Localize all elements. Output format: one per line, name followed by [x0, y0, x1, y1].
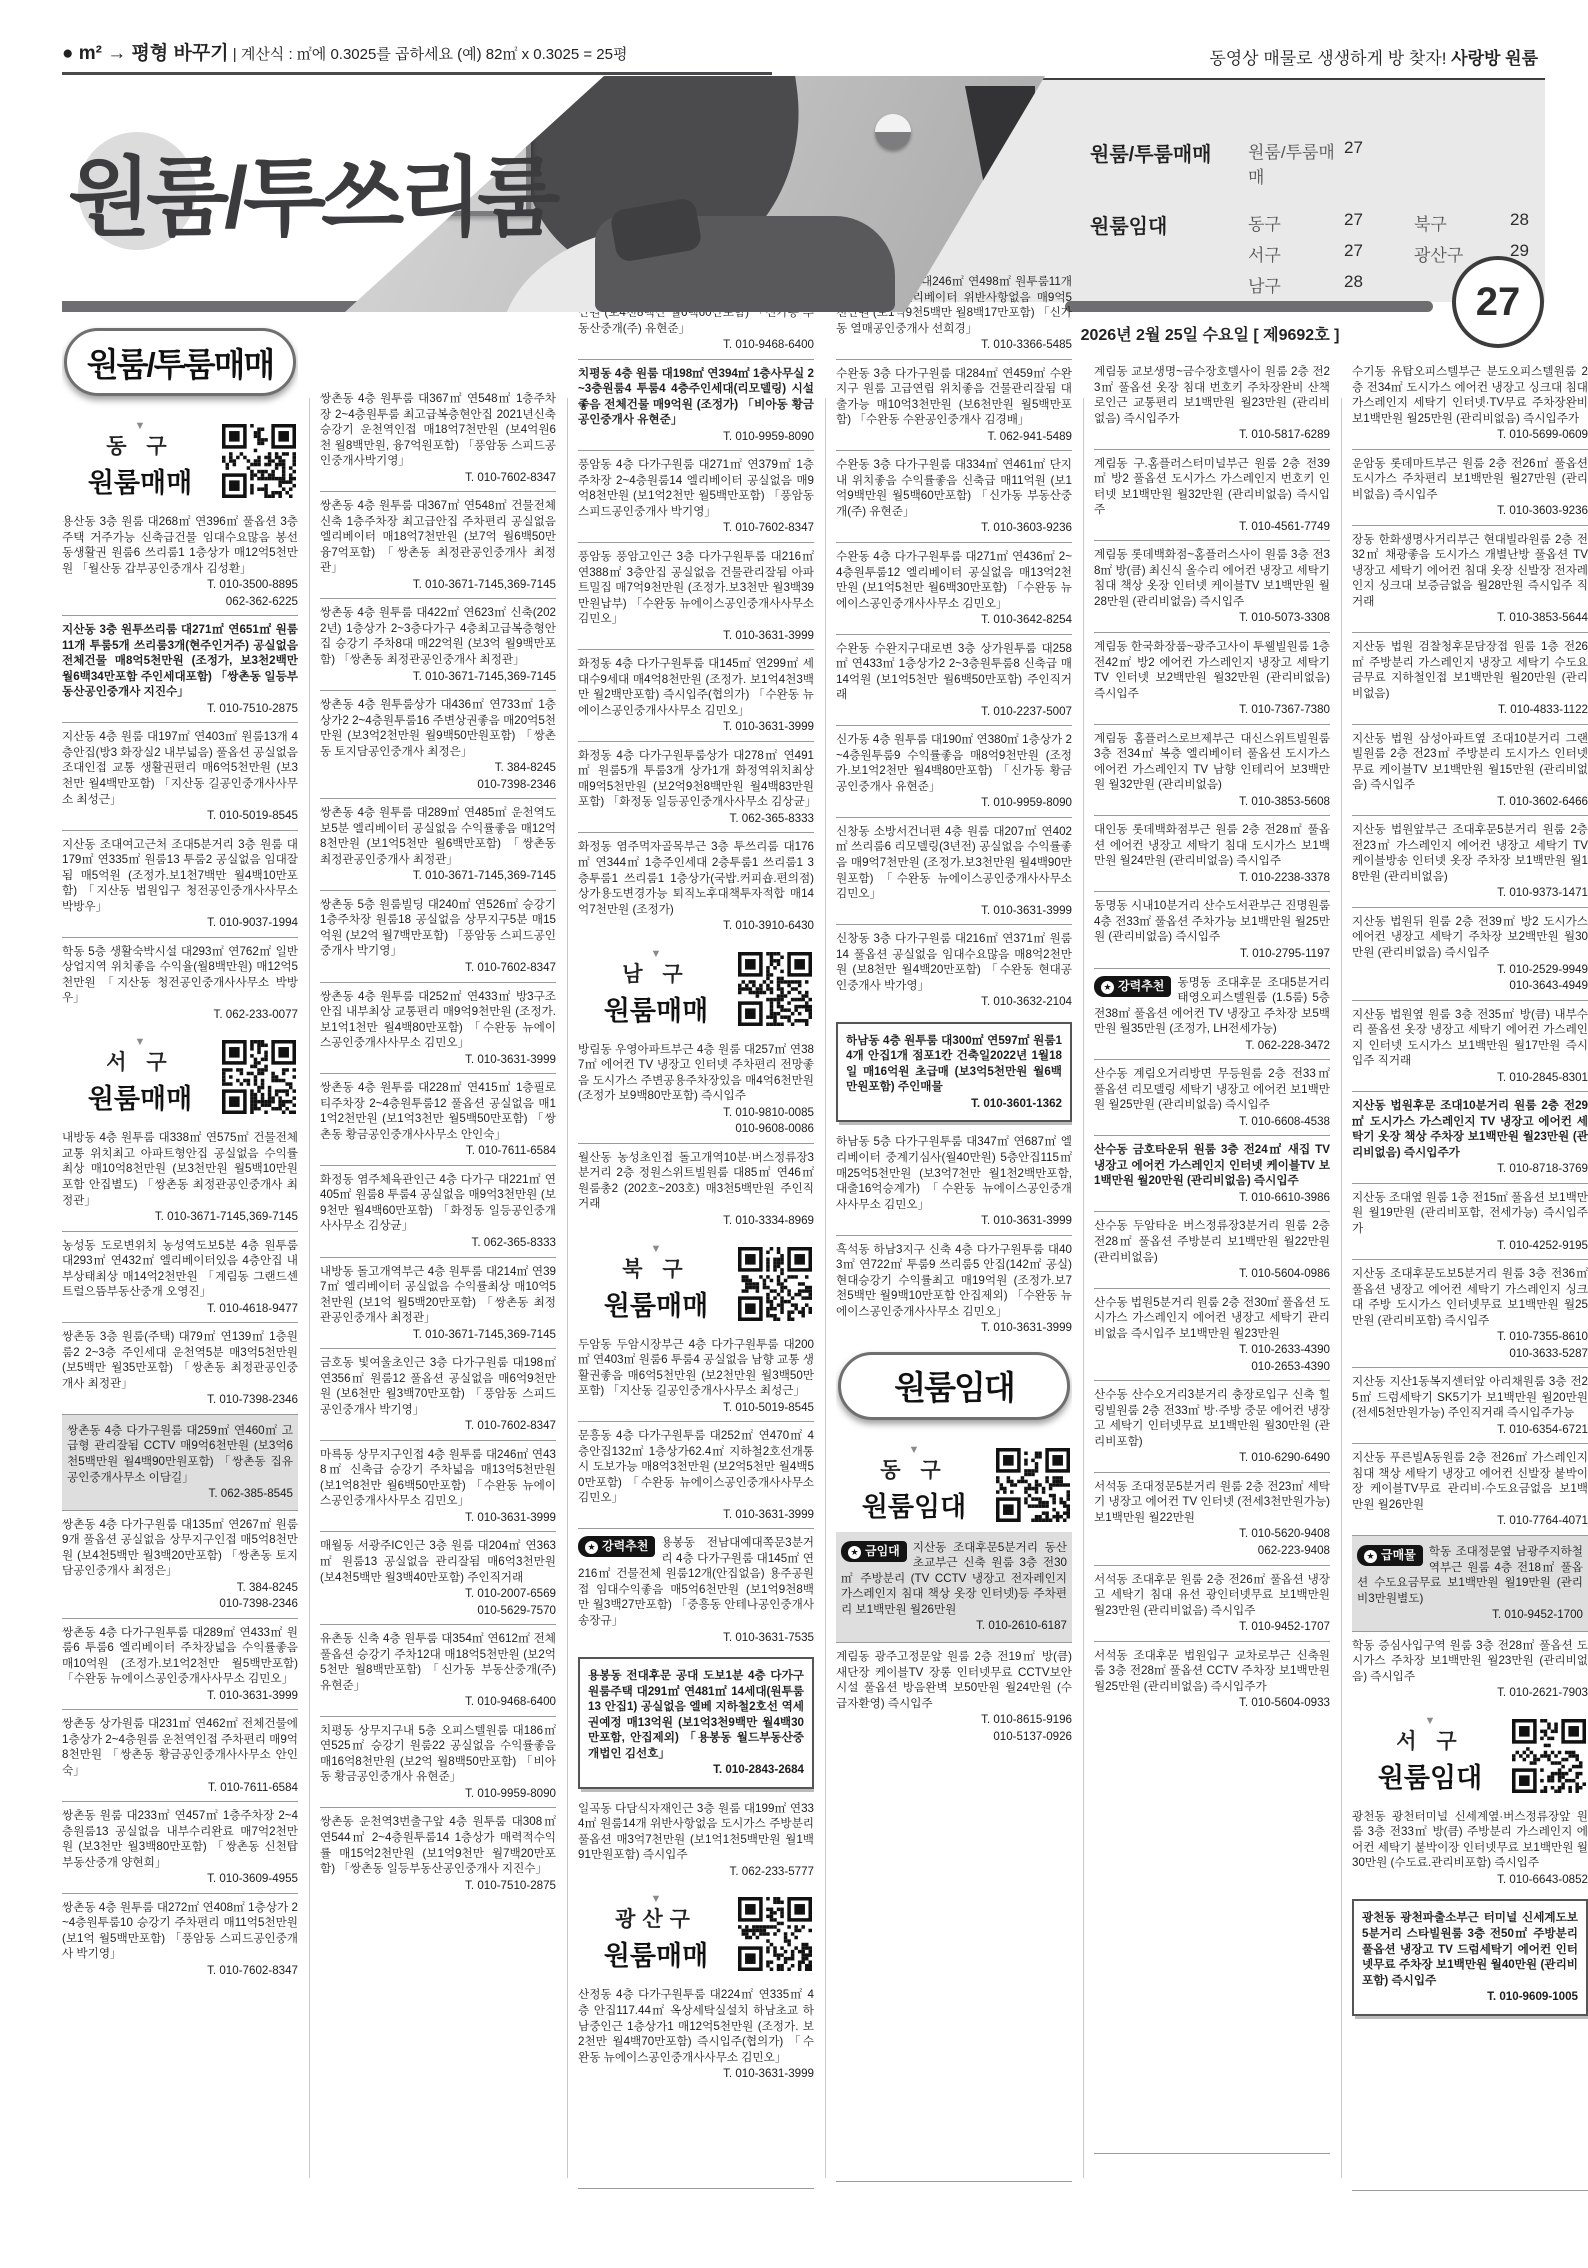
section-category: 원룸매매 — [580, 1284, 732, 1323]
listing: 쌍촌동 3층 원룸(주택) 대79㎡ 연139㎡ 1층원룸2 2~3층 주인세대… — [62, 1322, 298, 1414]
listing-phone: T. 010-4833-1122 — [1352, 702, 1588, 718]
listing: 산수동 계림오거리방면 무등원룸 2층 전33㎡ 풀옵션 리모델링 세탁기 냉장… — [1094, 1059, 1330, 1135]
listing-phone: T. 010-7602-8347 — [320, 960, 556, 976]
listing-text: 계림동 한국화장품~광주고사이 투웰빌원룸 1층 전42㎡ 방2 에어컨 가스레… — [1094, 640, 1330, 700]
listing: 내방동 4층 원투룸 대338㎡ 연575㎡ 건물전체 교통 위치최고 아파트형… — [62, 1124, 298, 1230]
listing: 용산동 3층 원룸 대268㎡ 연396㎡ 풀옵션 3층주택 거주가능 신축급건… — [62, 508, 298, 615]
column-bottom-rule — [836, 2181, 1072, 2182]
listing-text: 쌍촌동 원룸 대233㎡ 연457㎡ 1층주차장 2~4층원룸13 공실없음 내… — [62, 1809, 298, 1869]
listing-phone: 010-3633-5287 — [1352, 1346, 1588, 1362]
listing-text: 쌍촌동 4층 원투룸 대228㎡ 연415㎡ 1층필로티주차장 2~4층원투룸1… — [320, 1081, 556, 1141]
listing-phone: T. 062-941-5489 — [836, 429, 1072, 445]
listing: 쌍촌동 4층 원투룸 대252㎡ 연433㎡ 방3구조안집 내부최상 교통편리 … — [320, 982, 556, 1074]
listing: 계림동 구.홈플러스터미널부근 원룸 2층 전39㎡ 방2 풀옵션 도시가스 가… — [1094, 449, 1330, 541]
listing-phone: T. 010-8718-3769 — [1352, 1161, 1588, 1177]
listing-phone: T. 010-9468-6400 — [578, 337, 814, 353]
index-sale-page: 27 — [1344, 138, 1414, 188]
listing-phone: T. 010-5019-8545 — [62, 808, 298, 824]
listing-text: 수완동 3층 다가구원룸 대284㎡ 연459㎡ 수완지구 원룸 고급연립 위치… — [836, 367, 1072, 427]
listing-phone: T. 010-3500-8895 — [62, 577, 298, 593]
listing: 방림동 우영아파트부근 4층 원룸 대257㎡ 연387㎡ 에어컨 TV 냉장고… — [578, 1036, 814, 1143]
triangle-marker-icon: ▼ — [64, 422, 216, 430]
listing: 수완동 3층 다가구원룸 대334㎡ 연461㎡ 단지내 위치좋음 수익률좋음 … — [836, 450, 1072, 542]
listing: 지산동 법원뒤 원룸 2층 전39㎡ 방2 도시가스 에어컨 냉장고 세탁기 주… — [1352, 907, 1588, 1000]
page-number-badge: 27 — [1452, 256, 1544, 348]
listing: 수완동 4층 다가구원투룸 대271㎡ 연436㎡ 2~4층원투룸12 엘리베이… — [836, 542, 1072, 634]
listing-phone: T. 010-2529-9949 — [1352, 962, 1588, 978]
listing-text: 수기동 유탑오피스텔부근 분도오피스텔원룸 2층 전34㎡ 도시가스 에어컨 냉… — [1352, 365, 1588, 425]
listing-text: 쌍촌동 5층 원룸빌딩 대240㎡ 연526㎡ 승강기 1층주차장 원룸18 공… — [320, 898, 556, 958]
listing-text: 광천동 광천파출소부근 터미널 신세계도보5분거리 스타빌원룸 3층 전50㎡ … — [1362, 1911, 1578, 1986]
listing-phone: T. 010-5604-0933 — [1094, 1695, 1330, 1711]
listing-phone: T. 010-3334-8969 — [578, 1213, 814, 1229]
listing-text: 쌍촌동 4층 원투룸 대422㎡ 연623㎡ 신축(2022년) 1층상가 2~… — [320, 606, 556, 666]
listing: 장동 한화생명사거리부근 현대빌라원룸 2층 전32㎡ 채광좋음 도시가스 개별… — [1352, 525, 1588, 632]
listing-phone: T. 010-6643-0852 — [1352, 1872, 1588, 1888]
listing: 계림동 롯데백화점~홈플러스사이 원룸 3층 전38㎡ 방(큼) 최신식 올수리… — [1094, 540, 1330, 632]
listing-phone: T. 010-3631-3999 — [578, 628, 814, 644]
listing-text: 서석동 조대정문5분거리 원룸 2층 전23㎡ 세탁기 냉장고 에어컨 TV 인… — [1094, 1480, 1330, 1524]
classified-column-1: 원룸/투룸매매▼동 구원룸매매용산동 3층 원룸 대268㎡ 연396㎡ 풀옵션… — [62, 318, 298, 2258]
listing-text: 유촌동 신축 4층 원투룸 대354㎡ 연612㎡ 전체풀옵션 승강기 주차12… — [320, 1632, 556, 1692]
tagline: 동영상 매물로 생생하게 방 찾자! 사랑방 원룸 — [1209, 44, 1538, 69]
column-bottom-rule — [1352, 2190, 1588, 2191]
listing: 풍암동 풍암고인근 3층 다가구원투룸 대216㎡ 연388㎡ 3층안집 공실없… — [578, 542, 814, 649]
listing-phone: T. 010-5019-8545 — [578, 1400, 814, 1416]
listing-phone: T. 010-2845-8301 — [1352, 1070, 1588, 1086]
listing: 쌍촌동 4층 원투룸 대367㎡ 연548㎡ 1층주차장 2~4층원투룸 최고급… — [320, 385, 556, 491]
listing-text: 쌍촌동 상가원룸 대231㎡ 연462㎡ 전체건물에 1층상가 2~4층원룸 운… — [62, 1717, 298, 1777]
triangle-marker-icon: ▼ — [580, 950, 732, 958]
listing-text: 농성동 도로변위치 농성역도보5분 4층 원투룸 대293㎡ 연432㎡ 엘리베… — [62, 1239, 298, 1299]
index-rent-label: 원룸임대 — [1090, 210, 1248, 239]
qr-code — [1512, 1719, 1586, 1793]
listing-phone: T. 010-3631-7535 — [578, 1630, 814, 1646]
listing-text: 계림동 교보생명~금수장호텔사이 원룸 2층 전23㎡ 풀옵션 옷장 침대 번호… — [1094, 365, 1330, 425]
listing-text: 쌍촌동 3층 원룸(주택) 대79㎡ 연139㎡ 1층원룸2 2~3층 주인세대… — [62, 1330, 298, 1390]
listing-text: 산수동 법원5분거리 원룸 2층 전30㎡ 풀옵션 도시가스 가스레인지 에어컨… — [1094, 1296, 1330, 1340]
listing-text: 신가동 4층 원투룸 대190㎡ 연380㎡ 1층상가 2~4층원투룸9 수익률… — [836, 733, 1072, 793]
listing-text: 풍암동 풍암고인근 3층 다가구원투룸 대216㎡ 연388㎡ 3층안집 공실없… — [578, 550, 814, 625]
classified-column-6: 수기동 유탑오피스텔부근 분도오피스텔원룸 2층 전34㎡ 도시가스 에어컨 냉… — [1352, 358, 1588, 2190]
listing-text: 월산동 농성초인접 돌고개역10분·버스정류장3분거리 2층 정원스위트빌원룸 … — [578, 1151, 814, 1211]
listing-text: 지산동 법원앞부근 조대후문5분거리 원룸 2층 전23㎡ 가스레인지 에어컨 … — [1352, 823, 1588, 883]
listing-phone: T. 010-3631-3999 — [836, 1213, 1072, 1229]
listing-text: 운암동 롯데마트부근 원룸 2층 전26㎡ 풀옵션 도시가스 주차편리 보1백만… — [1352, 457, 1588, 501]
listing-phone: T. 010-6610-3986 — [1094, 1190, 1330, 1206]
listing: 쌍촌동 상가원룸 대231㎡ 연462㎡ 전체건물에 1층상가 2~4층원룸 운… — [62, 1709, 298, 1801]
listing-phone: T. 010-7398-2346 — [62, 1392, 298, 1408]
listing-phone: T. 010-3671-7145,369-7145 — [320, 669, 556, 685]
listing-text: 쌍촌동 4층 원투룸 대252㎡ 연433㎡ 방3구조안집 내부최상 교통편리 … — [320, 990, 556, 1050]
listing: 쌍촌동 4층 원투룸 대367㎡ 연548㎡ 건물전체 신축 1층주차장 최고급… — [320, 491, 556, 598]
listing-phone: T. 062-233-0077 — [62, 1007, 298, 1023]
listing: 지산동 법원옆 원룸 3층 전35㎡ 방(큼) 내부수리 풀옵션 옷장 냉장고 … — [1352, 1000, 1588, 1092]
triangle-marker-icon: ▼ — [838, 1446, 990, 1454]
column-divider — [825, 398, 826, 2178]
listing: 광천동 광천파출소부근 터미널 신세계도보5분거리 스타빌원룸 3층 전50㎡ … — [1352, 1899, 1588, 2015]
listing-phone: T. 010-2610-6187 — [841, 1618, 1067, 1634]
listing: 계림동 교보생명~금수장호텔사이 원룸 2층 전23㎡ 풀옵션 옷장 침대 번호… — [1094, 358, 1330, 449]
listing: 쌍촌동 4층 원투룸 대228㎡ 연415㎡ 1층필로티주차장 2~4층원투룸1… — [320, 1073, 556, 1165]
qr-code — [996, 1448, 1070, 1522]
listing-phone: T. 010-9959-8090 — [578, 429, 814, 445]
listing-text: 금호동 빛여울초인근 3층 다가구원룸 대198㎡ 연356㎡ 원룸12 풀옵션… — [320, 1356, 556, 1416]
listing-phone: T. 062-228-3472 — [1094, 1038, 1330, 1054]
listing-phone: T. 010-3631-3999 — [836, 1320, 1072, 1336]
listing-text: 쌍촌동 4층 다가구원룸 대135㎡ 연267㎡ 원룸9개 풀옵션 공실없음 상… — [62, 1518, 298, 1578]
section-category: 원룸매매 — [580, 989, 732, 1028]
triangle-marker-icon: ▼ — [1354, 1717, 1506, 1725]
listing-text: 신창동 3층 다가구원룸 대216㎡ 연371㎡ 원룸14 풀옵션 공실없음 임… — [836, 932, 1072, 992]
listing-text: 내방동 4층 원투룸 대338㎡ 연575㎡ 건물전체 교통 위치최고 아파트형… — [62, 1131, 298, 1206]
listing: 화정동 염주먹자골목부근 3층 투쓰리룸 대176㎡ 연344㎡ 1층주인세대 … — [578, 832, 814, 939]
section-header-원룸매매: ▼동 구원룸매매 — [62, 412, 298, 508]
listing-phone: T. 010-5604-0986 — [1094, 1266, 1330, 1282]
listing-phone: 010-2653-4390 — [1094, 1359, 1330, 1375]
listing-badge: ★급매물 — [1357, 1545, 1423, 1566]
classified-column-2: 쌍촌동 4층 원투룸 대367㎡ 연548㎡ 1층주차장 2~4층원투룸 최고급… — [320, 385, 556, 2258]
index-row-sale: 원룸/투룸매매 원룸/투룸매매 27 — [1090, 138, 1580, 188]
listing-phone: 010-5137-0926 — [836, 1729, 1072, 1745]
listing-phone: T. 010-6354-6721 — [1352, 1422, 1588, 1438]
listing-phone: T. 010-9037-1994 — [62, 915, 298, 931]
listing-text: 쌍촌동 4층 다가구원룸 대259㎡ 연460㎡ 고급형 관리잘됨 CCTV 매… — [67, 1424, 293, 1484]
listing-text: 방림동 우영아파트부근 4층 원룸 대257㎡ 연387㎡ 에어컨 TV 냉장고… — [578, 1043, 814, 1103]
listing: 치평동 상무지구내 5층 오피스텔원룸 대186㎡ 연525㎡ 승강기 원룸22… — [320, 1716, 556, 1808]
listing-phone: T. 010-9609-1005 — [1362, 1989, 1578, 2005]
newspaper-page: ● m² → 평형 바꾸기 | 계산식 : ㎡에 0.3025를 곱하세요 (예… — [0, 0, 1588, 2268]
listing-phone: T. 062-365-8333 — [578, 811, 814, 827]
listing-phone: T. 062-365-8333 — [320, 1235, 556, 1251]
listing: 쌍촌동 4층 다가구원투룸 대289㎡ 연433㎡ 원룸6 투룸6 엘리베이터 … — [62, 1618, 298, 1710]
listing: 신창동 소방서건너편 4층 원룸 대207㎡ 연402㎡ 쓰리룸6 리모델링(3… — [836, 817, 1072, 924]
listing-phone: 010-3643-4949 — [1352, 978, 1588, 994]
listing: 화정동 4층 다가구원투룸 대145㎡ 연299㎡ 세대수9세대 매4억8천만원… — [578, 649, 814, 741]
section-header-원룸매매: ▼남 구원룸매매 — [578, 940, 814, 1036]
listing-phone: T. 010-7510-2875 — [320, 1878, 556, 1894]
listing-text: 하남동 5층 다가구원투룸 대347㎡ 연687㎡ 엘리베이터 중계기심사(월4… — [836, 1135, 1072, 1210]
section-region: 광산구 — [580, 1903, 732, 1933]
listing-phone: T. 010-3602-6466 — [1352, 794, 1588, 810]
listing: ★강력추천용봉동 전남대예대쪽문3분거리 4층 다가구원룸 대145㎡ 연216… — [578, 1528, 814, 1651]
listing-text: 서석동 조대후문 법원입구 교차로부근 신축원룸 3층 전28㎡ 풀옵션 CCT… — [1094, 1649, 1330, 1693]
listing-phone: T. 010-3609-4955 — [62, 1871, 298, 1887]
index-sale-name: 원룸/투룸매매 — [1248, 138, 1344, 188]
listing-text: 학동 증심사입구역 원룸 3층 전28㎡ 풀옵션 도시가스 주차장 보1백만원 … — [1352, 1639, 1588, 1683]
listing-badge: ★금임대 — [841, 1541, 907, 1562]
listing-phone: T. 010-9452-1707 — [1094, 1619, 1330, 1635]
listing: 서석동 조대정문5분거리 원룸 2층 전23㎡ 세탁기 냉장고 에어컨 TV 인… — [1094, 1472, 1330, 1565]
listing-text: 매월동 서광주IC인근 3층 원룸 대204㎡ 연363㎡ 원룸13 공실없음 … — [320, 1539, 556, 1583]
listing-text: 쌍촌동 4층 원투룸상가 대436㎡ 연733㎡ 1층상가2 2~4층원투룸16… — [320, 698, 556, 758]
triangle-marker-icon: ▼ — [580, 1245, 732, 1253]
listing: 지산동 법원 삼성아파트옆 조대10분거리 그랜빌원룸 2층 전23㎡ 주방분리… — [1352, 724, 1588, 816]
listing-phone: T. 010-2238-3378 — [1094, 870, 1330, 886]
column-divider — [1341, 398, 1342, 2178]
listing-phone: T. 010-5817-6289 — [1094, 427, 1330, 443]
column-bottom-rule — [1094, 2153, 1330, 2154]
listing: 쌍촌동 4층 다가구원룸 대135㎡ 연267㎡ 원룸9개 풀옵션 공실없음 상… — [62, 1510, 298, 1618]
qr-code — [738, 1247, 812, 1321]
listing-phone: T. 010-7602-8347 — [62, 1963, 298, 1979]
listing: 신창동 3층 다가구원룸 대216㎡ 연371㎡ 원룸14 풀옵션 공실없음 임… — [836, 924, 1072, 1016]
listing-text: 지산동 3층 원투쓰리룸 대271㎡ 연651㎡ 원룸11개 투룸5개 쓰리룸3… — [62, 623, 298, 698]
listing-text: 일곡동 다담식자재인근 3층 원룸 대199㎡ 연334㎡ 원룸14개 위반사항… — [578, 1802, 814, 1862]
listing-phone: T. 010-5699-0609 — [1352, 427, 1588, 443]
listing: 마륵동 상무지구인접 4층 원투룸 대246㎡ 연438㎡ 신축급 승강기 주차… — [320, 1440, 556, 1532]
listing: 농성동 도로변위치 농성역도보5분 4층 원투룸 대293㎡ 연432㎡ 엘리베… — [62, 1231, 298, 1323]
listing-phone: T. 010-5620-9408 — [1094, 1526, 1330, 1542]
listing: 지산동 지산1동복지센터앞 아리채원룸 3층 전25㎡ 드럼세탁기 SK5기가 … — [1352, 1367, 1588, 1443]
listing-phone: T. 384-8245 — [320, 760, 556, 776]
listing-phone: T. 010-3853-5608 — [1094, 794, 1330, 810]
listing-text: 산수동 두암타운 버스정류장3분거리 원룸 2층 전28㎡ 풀옵션 주방분리 보… — [1094, 1219, 1330, 1263]
listing-phone: T. 010-9959-8090 — [836, 795, 1072, 811]
listing-text: 장동 한화생명사거리부근 현대빌라원룸 2층 전32㎡ 채광좋음 도시가스 개별… — [1352, 533, 1588, 608]
section-category: 원룸매매 — [64, 1077, 216, 1116]
listing-text: 대인동 롯데백화점부근 원룸 2층 전28㎡ 풀옵션 에어컨 냉장고 세탁기 침… — [1094, 823, 1330, 867]
listing: 수완동 3층 다가구원룸 대284㎡ 연459㎡ 수완지구 원룸 고급연립 위치… — [836, 359, 1072, 451]
listing-text: 계림동 구.홈플러스터미널부근 원룸 2층 전39㎡ 방2 풀옵션 도시가스 가… — [1094, 457, 1330, 517]
listing-text: 신창동 소방서건너편 4층 원룸 대207㎡ 연402㎡ 쓰리룸6 리모델링(3… — [836, 825, 1072, 900]
listing-phone: T. 010-3366-5485 — [836, 337, 1072, 353]
converter-title: ● m² → 평형 바꾸기 — [62, 43, 229, 64]
listing-phone: T. 010-7764-4071 — [1352, 1513, 1588, 1529]
listing-text: 지산동 법원 검찰청후문담장접 원룸 1층 전26㎡ 주방분리 가스레인지 냉장… — [1352, 640, 1588, 700]
listing-phone: T. 010-3631-3999 — [578, 1507, 814, 1523]
listing-text: 쌍촌동 운천역3번출구앞 4층 원투룸 대308㎡ 연544㎡ 2~4층원투룸1… — [320, 1815, 556, 1875]
listing-text: 계림동 롯데백화점~홈플러스사이 원룸 3층 전38㎡ 방(큼) 최신식 올수리… — [1094, 548, 1330, 608]
listing-phone: T. 010-2843-2684 — [588, 1762, 804, 1778]
listing-phone: T. 010-3631-3999 — [62, 1688, 298, 1704]
listing-text: 지산동 푸른빌A동원룸 2층 전26㎡ 가스레인지 침대 책상 세탁기 냉장고 … — [1352, 1451, 1588, 1511]
listing: 수기동 유탑오피스텔부근 분도오피스텔원룸 2층 전34㎡ 도시가스 에어컨 냉… — [1352, 358, 1588, 449]
listing-phone: T. 010-6290-6490 — [1094, 1450, 1330, 1466]
listing: 쌍촌동 4층 원투룸 대422㎡ 연623㎡ 신축(2022년) 1층상가 2~… — [320, 598, 556, 690]
listing-text: 산수동 계림오거리방면 무등원룸 2층 전33㎡ 풀옵션 리모델링 세탁기 냉장… — [1094, 1067, 1330, 1111]
listing-phone: T. 010-2633-4390 — [1094, 1342, 1330, 1358]
listing: 신가동 4층 원투룸 대190㎡ 연380㎡ 1층상가 2~4층원투룸9 수익률… — [836, 725, 1072, 817]
qr-code — [222, 1040, 296, 1114]
listing-text: 계림동 홈플러스로브제부근 대신스위트빌원룸 3층 전34㎡ 복층 엘리베이터 … — [1094, 732, 1330, 792]
listing: 학동 증심사입구역 원룸 3층 전28㎡ 풀옵션 도시가스 주차장 보1백만원 … — [1352, 1631, 1588, 1707]
section-header-원룸매매: ▼북 구원룸매매 — [578, 1235, 814, 1331]
listing: 지산동 법원 검찰청후문담장접 원룸 1층 전26㎡ 주방분리 가스레인지 냉장… — [1352, 632, 1588, 724]
listing-phone: T. 010-7611-6584 — [320, 1143, 556, 1159]
listing-phone: T. 010-7355-8610 — [1352, 1329, 1588, 1345]
listing: 서석동 조대후문 법원입구 교차로부근 신축원룸 3층 전28㎡ 풀옵션 CCT… — [1094, 1641, 1330, 1717]
listing-text: 지산동 법원후문 조대10분거리 원룸 2층 전29㎡ 도시가스 가스레인지 T… — [1352, 1099, 1588, 1159]
page-title: 원룸/투쓰리룸 — [68, 128, 555, 252]
listing-phone: T. 010-3603-9236 — [836, 520, 1072, 536]
listing: 계림동 광주고정문앞 원룸 2층 전19㎡ 방(큼) 새단장 케이블TV 장롱 … — [836, 1642, 1072, 1750]
listing-text: 쌍촌동 4층 원투룸 대272㎡ 연408㎡ 1층상가 2~4층원투룸10 승강… — [62, 1901, 298, 1961]
listing: 수완동 수완지구대로변 3층 상가원투룸 대258㎡ 연433㎡ 1층상가2 2… — [836, 634, 1072, 726]
listing-phone: T. 010-2795-1197 — [1094, 946, 1330, 962]
listing: 지산동 푸른빌A동원룸 2층 전26㎡ 가스레인지 침대 책상 세탁기 냉장고 … — [1352, 1443, 1588, 1535]
listing-text: 마륵동 상무지구인접 4층 원투룸 대246㎡ 연438㎡ 신축급 승강기 주차… — [320, 1448, 556, 1508]
unit-converter-note: ● m² → 평형 바꾸기 | 계산식 : ㎡에 0.3025를 곱하세요 (예… — [62, 38, 627, 65]
listing-phone: T. 010-9810-0085 — [578, 1105, 814, 1121]
category-badge: 원룸임대 — [838, 1352, 1070, 1420]
listing-text: 수완동 3층 다가구원룸 대334㎡ 연461㎡ 단지내 위치좋음 수익률좋음 … — [836, 458, 1072, 518]
listing: 치평동 4층 원룸 대198㎡ 연394㎡ 1층사무실 2~3층원룸4 투룸4 … — [578, 359, 814, 451]
classified-column-4: 송정동 4층 원룸 대246㎡ 연498㎡ 원투룸11개 2023년준공 엘리베… — [836, 268, 1072, 2180]
listing: 쌍촌동 5층 원룸빌딩 대240㎡ 연526㎡ 승강기 1층주차장 원룸18 공… — [320, 890, 556, 982]
category-badge: 원룸/투룸매매 — [64, 328, 296, 396]
qr-code — [222, 424, 296, 498]
listing: 지산동 4층 원룸 대197㎡ 연403㎡ 원룸13개 4층안집(방3 화장실2… — [62, 722, 298, 829]
column-divider — [309, 398, 310, 2178]
listing-text: 쌍촌동 4층 원투룸 대367㎡ 연548㎡ 1층주차장 2~4층원투룸 최고급… — [320, 392, 556, 467]
listing-text: 지산동 법원뒤 원룸 2층 전39㎡ 방2 도시가스 에어컨 냉장고 세탁기 주… — [1352, 915, 1588, 959]
listing-text: 지산동 조대여고근처 조대5분거리 3층 원룸 대179㎡ 연335㎡ 원룸13… — [62, 838, 298, 913]
listing-phone: T. 010-7602-8347 — [320, 470, 556, 486]
listing-phone: T. 010-3631-3999 — [320, 1510, 556, 1526]
listing-phone: T. 384-8245 — [62, 1580, 298, 1596]
section-category: 원룸임대 — [1354, 1756, 1506, 1795]
listing-text: 산수동 금호타운뒤 원룸 3층 전24㎡ 새집 TV 냉장고 에어컨 가스레인지… — [1094, 1143, 1330, 1187]
listing: 월산동 농성초인접 돌고개역10분·버스정류장3분거리 2층 정원스위트빌원룸 … — [578, 1143, 814, 1235]
listing-phone: T. 010-3631-3999 — [836, 903, 1072, 919]
index-sale-label: 원룸/투룸매매 — [1090, 138, 1248, 167]
listing-text: 용봉동 전대후문 공대 도보1분 4층 다가구원룸주택 대291㎡ 연481㎡ … — [588, 1669, 804, 1760]
listing-phone: T. 010-9373-1471 — [1352, 885, 1588, 901]
listing-phone: T. 010-3631-3999 — [578, 719, 814, 735]
listing-phone: T. 010-3671-7145,369-7145 — [320, 868, 556, 884]
brand-name: 사랑방 원룸 — [1451, 49, 1538, 68]
listing-text: 풍암동 4층 다가구원룸 대271㎡ 연379㎡ 1층주차장 2~4층원룸14 … — [578, 458, 814, 518]
column-divider — [567, 398, 568, 2178]
photo-wall-lamp — [875, 114, 911, 150]
listing: 흑석동 하남3지구 신축 4층 다가구원투룸 대403㎡ 연722㎡ 투룸9 쓰… — [836, 1235, 1072, 1342]
listing-text: 광천동 광천터미널 신세계옆·버스정류장앞 원룸 3층 전33㎡ 방(큼) 주방… — [1352, 1810, 1588, 1870]
listing-text: 치평동 상무지구내 5층 오피스텔원룸 대186㎡ 연525㎡ 승강기 원룸22… — [320, 1724, 556, 1784]
listing-text: 화정동 4층 다가구원투룸상가 대278㎡ 연491㎡ 원룸5개 투룸3개 상가… — [578, 749, 814, 809]
listing: 산정동 4층 다가구원투룸 대224㎡ 연335㎡ 4층 안집117.44㎡ 옥… — [578, 1981, 814, 2087]
listing: 문흥동 4층 다가구원투룸 대252㎡ 연470㎡ 4층안집132㎡ 1층상가6… — [578, 1421, 814, 1528]
listing: 산수동 두암타운 버스정류장3분거리 원룸 2층 전28㎡ 풀옵션 주방분리 보… — [1094, 1211, 1330, 1287]
listing-phone: T. 010-7611-6584 — [62, 1780, 298, 1796]
listing: 쌍촌동 운천역3번출구앞 4층 원투룸 대308㎡ 연544㎡ 2~4층원투룸1… — [320, 1807, 556, 1899]
listing-phone: T. 010-7602-8347 — [320, 1418, 556, 1434]
listing-phone: T. 010-3631-3999 — [578, 2066, 814, 2082]
listing-text: 화정동 염주체육관인근 4층 다가구 대221㎡ 연405㎡ 원룸8 투룸4 공… — [320, 1173, 556, 1233]
listing-phone: 010-7398-2346 — [62, 1596, 298, 1612]
listing: 쌍촌동 4층 원투룸 대289㎡ 연485㎡ 운천역도보5분 엘리베이터 공실없… — [320, 798, 556, 890]
listing: 하남동 4층 원투룸 대300㎡ 연597㎡ 원룸14개 안집1개 점포1칸 건… — [836, 1022, 1072, 1123]
listing-phone: 062-362-6225 — [62, 594, 298, 610]
section-category: 원룸임대 — [838, 1485, 990, 1524]
listing: 지산동 조대여고근처 조대5분거리 3층 원룸 대179㎡ 연335㎡ 원룸13… — [62, 830, 298, 937]
listing: 산수동 법원5분거리 원룸 2층 전30㎡ 풀옵션 도시가스 가스레인지 에어컨… — [1094, 1288, 1330, 1381]
listing-phone: 010-7398-2346 — [320, 777, 556, 793]
listing-text: 용산동 3층 원룸 대268㎡ 연396㎡ 풀옵션 3층주택 거주가능 신축급건… — [62, 515, 298, 575]
listing: 하남동 5층 다가구원투룸 대347㎡ 연687㎡ 엘리베이터 중계기심사(월4… — [836, 1128, 1072, 1234]
listing-phone: 062-223-9408 — [1094, 1543, 1330, 1559]
classified-column-5: 계림동 교보생명~금수장호텔사이 원룸 2층 전23㎡ 풀옵션 옷장 침대 번호… — [1094, 358, 1330, 2153]
column-bottom-rule — [578, 2188, 814, 2189]
listing: 산수동 금호타운뒤 원룸 3층 전24㎡ 새집 TV 냉장고 에어컨 가스레인지… — [1094, 1135, 1330, 1211]
column-divider — [1083, 398, 1084, 2178]
listing-text: 지산동 법원옆 원룸 3층 전35㎡ 방(큼) 내부수리 풀옵션 옷장 냉장고 … — [1352, 1008, 1588, 1068]
listing-phone: T. 010-7602-8347 — [578, 520, 814, 536]
listing: 계림동 한국화장품~광주고사이 투웰빌원룸 1층 전42㎡ 방2 에어컨 가스레… — [1094, 632, 1330, 724]
listing: 학동 5층 생활숙박시설 대293㎡ 연762㎡ 일반상업지역 위치좋음 수익율… — [62, 937, 298, 1029]
section-region: 북 구 — [580, 1253, 732, 1283]
converter-formula: | 계산식 : ㎡에 0.3025를 곱하세요 (예) 82㎡ x 0.3025… — [229, 46, 628, 63]
section-region: 서 구 — [1354, 1725, 1506, 1755]
listing-text: 계림동 광주고정문앞 원룸 2층 전19㎡ 방(큼) 새단장 케이블TV 장롱 … — [836, 1650, 1072, 1710]
listing-phone: T. 010-3603-9236 — [1352, 503, 1588, 519]
listing-phone: T. 010-7367-7380 — [1094, 702, 1330, 718]
listing: ★급매물학동 조대정문옆 남광주지하철역부근 원룸 4층 전18㎡ 풀옵션 수도… — [1352, 1535, 1588, 1631]
listing-badge: ★강력추천 — [1094, 976, 1171, 997]
listing: 지산동 3층 원투쓰리룸 대271㎡ 연651㎡ 원룸11개 투룸5개 쓰리룸3… — [62, 615, 298, 722]
listing: 동명동 시내10분거리 산수도서관부근 진명원룸 4층 전33㎡ 풀옵션 주차가… — [1094, 891, 1330, 967]
listing-phone: T. 010-7510-2875 — [62, 701, 298, 717]
listing-text: 학동 5층 생활숙박시설 대293㎡ 연762㎡ 일반상업지역 위치좋음 수익율… — [62, 945, 298, 1005]
listing-text: 지산동 4층 원룸 대197㎡ 연403㎡ 원룸13개 4층안집(방3 화장실2… — [62, 730, 298, 805]
listing-text: 지산동 조대옆 원룸 1층 전15㎡ 풀옵션 보1백만원 월19만원 (관리비포… — [1352, 1191, 1588, 1235]
listing: 화정동 4층 다가구원투룸상가 대278㎡ 연491㎡ 원룸5개 투룸3개 상가… — [578, 741, 814, 833]
listing-text: 동명동 시내10분거리 산수도서관부근 진명원룸 4층 전33㎡ 풀옵션 주차가… — [1094, 899, 1330, 943]
listing-phone: T. 010-6608-4538 — [1094, 1114, 1330, 1130]
section-header-원룸매매: ▼서 구원룸매매 — [62, 1028, 298, 1124]
listing: 유촌동 신축 4층 원투룸 대354㎡ 연612㎡ 전체풀옵션 승강기 주차12… — [320, 1624, 556, 1716]
listing: 매월동 서광주IC인근 3층 원룸 대204㎡ 연363㎡ 원룸13 공실없음 … — [320, 1531, 556, 1624]
listing: ★금임대지산동 조대후문5분거리 동산초교부근 신축 원룸 3층 전30㎡ 주방… — [836, 1532, 1072, 1642]
listing-phone: T. 010-3642-8254 — [836, 612, 1072, 628]
listing-text: 치평동 4층 원룸 대198㎡ 연394㎡ 1층사무실 2~3층원룸4 투룸4 … — [578, 367, 814, 427]
listing-text: 지산동 법원 삼성아파트옆 조대10분거리 그랜빌원룸 2층 전23㎡ 주방분리… — [1352, 732, 1588, 792]
listing: ★강력추천동명동 조대후문 조대5분거리 태영오피스텔원룸 (1.5룸) 5층 … — [1094, 968, 1330, 1060]
section-header-원룸매매: ▼광산구원룸매매 — [578, 1885, 814, 1981]
listing-phone: T. 010-4561-7749 — [1094, 519, 1330, 535]
listing-text: 지산동 조대후문도보5분거리 원룸 3층 전36㎡ 풀옵션 냉장고 에어컨 세탁… — [1352, 1267, 1588, 1327]
listing-text: 화정동 염주먹자골목부근 3층 투쓰리룸 대176㎡ 연344㎡ 1층주인세대 … — [578, 840, 814, 915]
listing-phone: T. 010-3910-6430 — [578, 918, 814, 934]
section-region: 서 구 — [64, 1046, 216, 1076]
listing-text: 지산동 지산1동복지센터앞 아리채원룸 3층 전25㎡ 드럼세탁기 SK5기가 … — [1352, 1375, 1588, 1419]
listing: 내방동 돌고개역부근 4층 원투룸 대214㎡ 연397㎡ 엘리베이터 공실없음… — [320, 1257, 556, 1349]
listing: 광천동 광천터미널 신세계옆·버스정류장앞 원룸 3층 전33㎡ 방(큼) 주방… — [1352, 1803, 1588, 1894]
listing-text: 내방동 돌고개역부근 4층 원투룸 대214㎡ 연397㎡ 엘리베이터 공실없음… — [320, 1265, 556, 1325]
listing-text: 흑석동 하남3지구 신축 4층 다가구원투룸 대403㎡ 연722㎡ 투룸9 쓰… — [836, 1243, 1072, 1318]
listing-phone: T. 010-8615-9196 — [836, 1712, 1072, 1728]
listing-phone: T. 010-2621-7903 — [1352, 1685, 1588, 1701]
listing: 지산동 법원앞부근 조대후문5분거리 원룸 2층 전23㎡ 가스레인지 에어컨 … — [1352, 815, 1588, 907]
listing-text: 하남동 4층 원투룸 대300㎡ 연597㎡ 원룸14개 안집1개 점포1칸 건… — [846, 1034, 1062, 1094]
listing-text: 서석동 조대후문 원룸 2층 전26㎡ 풀옵션 냉장고 세탁기 침대 유선 광인… — [1094, 1573, 1330, 1617]
listing-phone: T. 062-385-8545 — [67, 1486, 293, 1502]
listing-phone: T. 010-9468-6400 — [320, 1694, 556, 1710]
section-category: 원룸매매 — [580, 1934, 732, 1973]
listing-text: 수완동 수완지구대로변 3층 상가원투룸 대258㎡ 연433㎡ 1층상가2 2… — [836, 642, 1072, 702]
listing-text: 수완동 4층 다가구원투룸 대271㎡ 연436㎡ 2~4층원투룸12 엘리베이… — [836, 550, 1072, 610]
listing-phone: T. 010-4252-9195 — [1352, 1238, 1588, 1254]
listing-text: 산수동 산수오거리3분거리 충장로입구 신축 힐링빌원룸 2층 전33㎡ 방·주… — [1094, 1388, 1330, 1448]
listing-text: 쌍촌동 4층 다가구원투룸 대289㎡ 연433㎡ 원룸6 투룸6 엘리베이터 … — [62, 1626, 298, 1686]
section-header-원룸임대: ▼서 구원룸임대 — [1352, 1707, 1588, 1803]
qr-code — [738, 952, 812, 1026]
listing-phone: T. 010-3671-7145,369-7145 — [320, 1327, 556, 1343]
header-rule — [62, 72, 772, 75]
listing: 지산동 법원후문 조대10분거리 원룸 2층 전29㎡ 도시가스 가스레인지 T… — [1352, 1091, 1588, 1183]
listing: 두암동 두암시장부근 4층 다가구원투룸 대200㎡ 연403㎡ 원룸6 투룸4… — [578, 1331, 814, 1422]
qr-code — [738, 1897, 812, 1971]
